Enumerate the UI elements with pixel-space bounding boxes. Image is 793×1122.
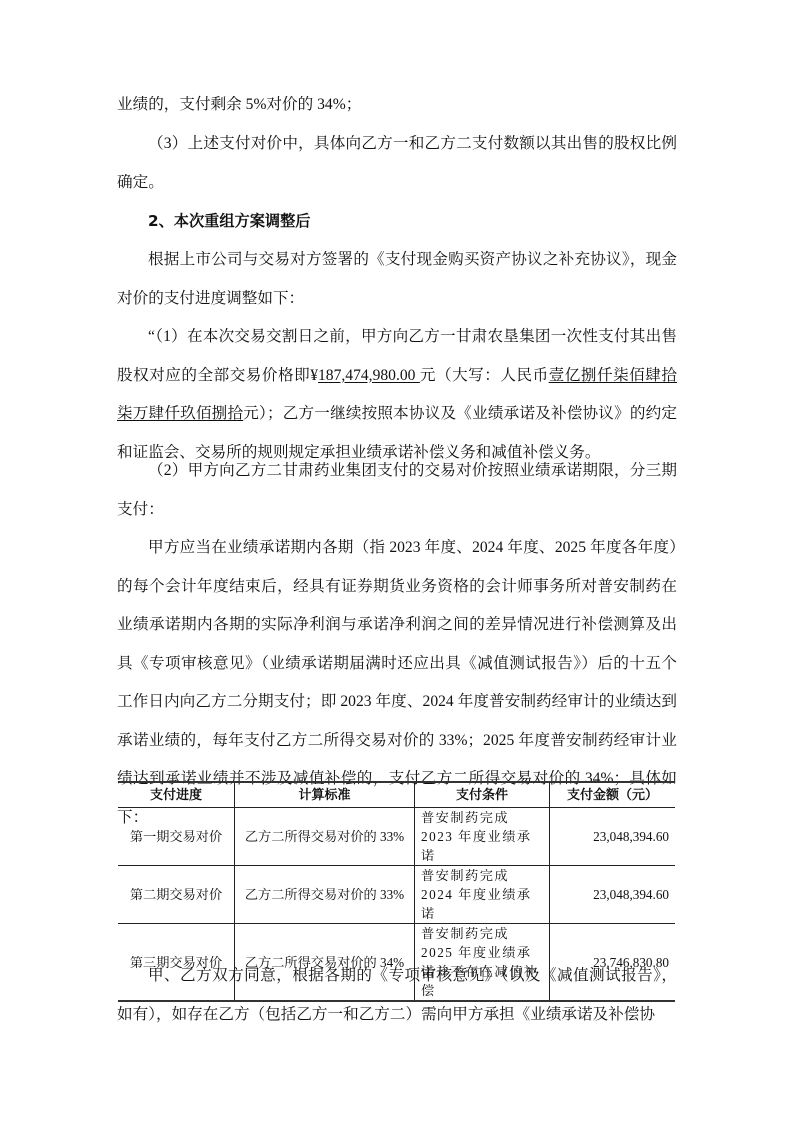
cell-amount: 23,048,394.60 xyxy=(550,808,676,866)
paragraph-supplement-agreement: 根据上市公司与交易对方签署的《支付现金购买资产协议之补充协议》，现金对价的支付进… xyxy=(117,241,677,318)
text-segment: 元（大写：人民币 xyxy=(420,367,549,384)
paragraph-item-2-installments: （2）甲方向乙方二甘肃药业集团支付的交易对价按照业绩承诺期限，分三期支付： xyxy=(117,452,677,529)
cell-stage: 第二期交易对价 xyxy=(118,866,235,924)
cell-amount: 23,048,394.60 xyxy=(550,866,676,924)
column-header-condition: 支付条件 xyxy=(415,782,550,808)
column-header-standard: 计算标准 xyxy=(235,782,415,808)
amount-figure: 187,474,980.00 xyxy=(318,367,420,384)
document-page: 业绩的，支付剩余 5%对价的 34%； （3）上述支付对价中，具体向乙方一和乙方… xyxy=(0,0,793,1122)
table-header-row: 支付进度 计算标准 支付条件 支付金额（元） xyxy=(118,782,675,808)
paragraph-compensation-agreement: 甲、乙方双方同意，根据各期的《专项审核意见》（以及《减值测试报告》，如有），如存… xyxy=(117,957,677,1034)
table-row: 第一期交易对价 乙方二所得交易对价的 33% 普安制药完成 2023 年度业绩承… xyxy=(118,808,675,866)
table-row: 第二期交易对价 乙方二所得交易对价的 33% 普安制药完成 2024 年度业绩承… xyxy=(118,866,675,924)
paragraph-item-3: （3）上述支付对价中，具体向乙方一和乙方二支付数额以其出售的股权比例确定。 xyxy=(117,125,677,202)
column-header-amount: 支付金额（元） xyxy=(550,782,676,808)
paragraph-continuation: 业绩的，支付剩余 5%对价的 34%； xyxy=(117,86,677,125)
paragraph-item-1-payment: “（1）在本次交易交割日之前，甲方向乙方一甘肃农垦集团一次性支付其出售股权对应的… xyxy=(117,318,677,472)
column-header-stage: 支付进度 xyxy=(118,782,235,808)
cell-condition: 普安制药完成 2024 年度业绩承诺 xyxy=(415,866,550,924)
cell-standard: 乙方二所得交易对价的 33% xyxy=(235,866,415,924)
cell-condition: 普安制药完成 2023 年度业绩承诺 xyxy=(415,808,550,866)
cell-standard: 乙方二所得交易对价的 33% xyxy=(235,808,415,866)
cell-stage: 第一期交易对价 xyxy=(118,808,235,866)
section-heading: 2、本次重组方案调整后 xyxy=(117,202,677,241)
